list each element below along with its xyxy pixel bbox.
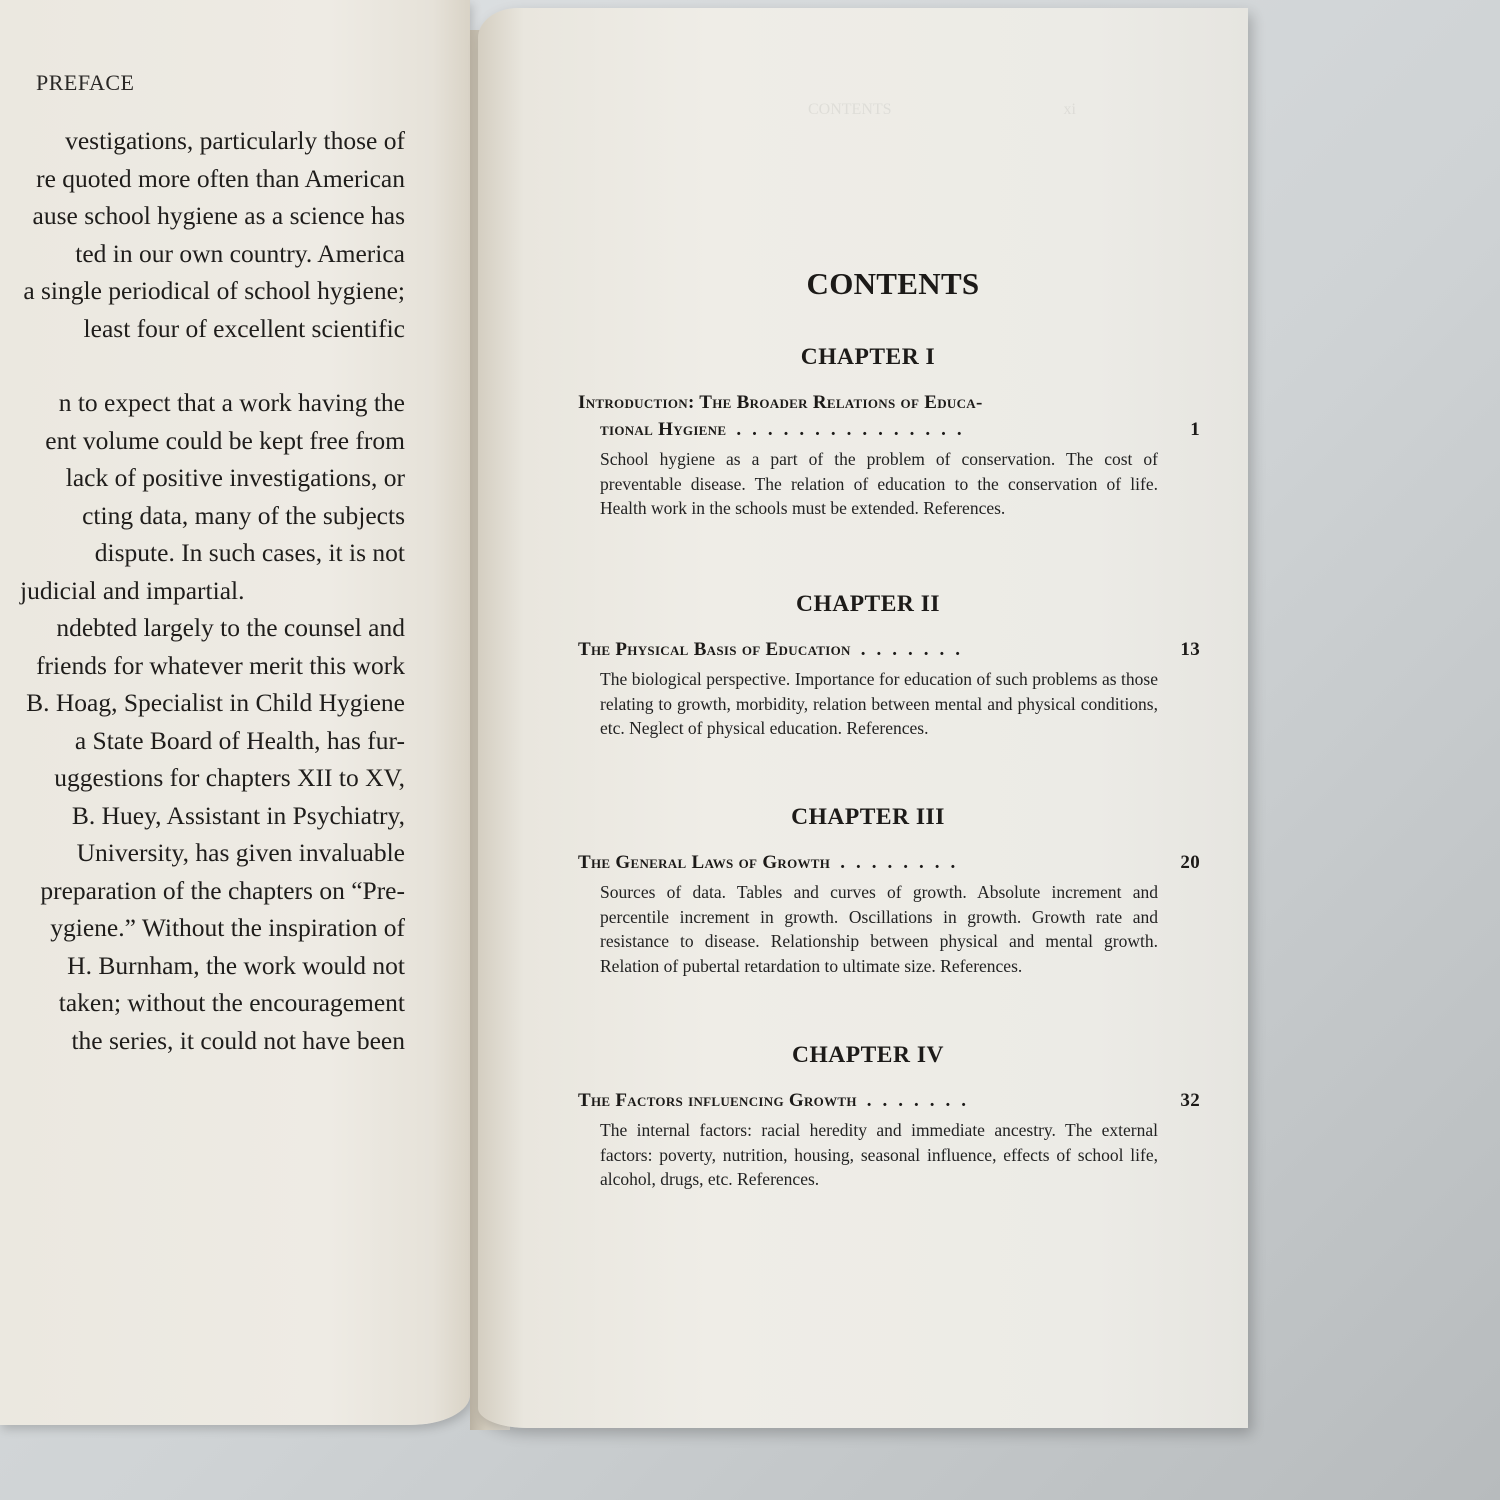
chapter-heading: CHAPTER III [578,804,1158,831]
chapter-summary: The biological perspective. Importance f… [578,667,1158,741]
chapter-summary: The internal factors: racial heredity an… [578,1118,1158,1192]
page-number: 13 [1180,636,1200,663]
show-through-text: CONTENTS xi [808,98,1076,122]
preface-line: uggestions for chapters XII to XV, [0,759,405,797]
contents-title: CONTENTS [478,266,1248,302]
dot-leader: ........ [830,852,966,873]
preface-line: taken; without the encouragement [0,984,405,1022]
preface-line: B. Huey, Assistant in Psychiatry, [0,797,405,835]
chapter-heading: CHAPTER II [578,591,1158,618]
preface-line: a State Board of Health, has fur- [0,722,405,760]
chapter-heading: CHAPTER IV [578,1042,1158,1069]
preface-line: re quoted more often than American [0,160,405,198]
dot-leader: ....... [857,1090,977,1111]
page-number: 1 [1190,416,1200,443]
preface-line: n to expect that a work having the [0,384,405,422]
page-number: 20 [1180,849,1200,876]
entry-title: The Factors influencing Growth [578,1090,857,1111]
left-page-preface: PREFACE vestigations, particularly those… [0,0,470,1425]
preface-line: a single periodical of school hygiene; [0,272,405,310]
preface-line: ted in our own country. America [0,235,405,273]
book-photo: PREFACE vestigations, particularly those… [0,0,1500,1500]
chapter-heading: CHAPTER I [578,344,1158,371]
preface-line: the series, it could not have been [0,1022,405,1060]
preface-line: ause school hygiene as a science has [0,197,405,235]
entry-title: Introduction: The Broader Relations of E… [578,392,983,413]
page-number: 32 [1180,1087,1200,1114]
right-page-contents: CONTENTS xi CONTENTS CHAPTER I Introduct… [478,8,1248,1428]
entry-title-continued: tional Hygiene............... [578,416,1158,443]
preface-line: ent volume could be kept free from [0,422,405,460]
preface-line: dispute. In such cases, it is not [0,534,405,572]
preface-line: friends for whatever merit this work [0,647,405,685]
chapter-summary: School hygiene as a part of the problem … [578,447,1158,521]
preface-line: ygiene.” Without the inspiration of [0,909,405,947]
toc-chapter-4: CHAPTER IV The Factors influencing Growt… [578,1042,1158,1192]
preface-line: B. Hoag, Specialist in Child Hygiene [0,684,405,722]
toc-chapter-3: CHAPTER III The General Laws of Growth..… [578,804,1158,978]
preface-line: preparation of the chapters on “Pre- [0,872,405,910]
preface-line: judicial and impartial. [0,572,405,610]
preface-body: vestigations, particularly those of re q… [0,122,405,1059]
toc-chapter-1: CHAPTER I Introduction: The Broader Rela… [578,344,1158,521]
chapter-summary: Sources of data. Tables and curves of gr… [578,880,1158,978]
toc-entry[interactable]: The General Laws of Growth........ 20 [578,849,1158,876]
preface-line: H. Burnham, the work would not [0,947,405,985]
preface-line: ndebted largely to the counsel and [0,609,405,647]
dot-leader: ............... [726,419,972,440]
entry-title: The General Laws of Growth [578,852,830,873]
toc-entry[interactable]: The Factors influencing Growth....... 32 [578,1087,1158,1114]
preface-line: least four of excellent scientific [0,310,405,348]
toc-chapter-2: CHAPTER II The Physical Basis of Educati… [578,591,1158,741]
toc-entry[interactable]: The Physical Basis of Education....... 1… [578,636,1158,663]
entry-title: The Physical Basis of Education [578,639,851,660]
toc-entry[interactable]: Introduction: The Broader Relations of E… [578,389,1158,443]
preface-line: cting data, many of the subjects [0,497,405,535]
running-head: PREFACE [36,70,134,96]
dot-leader: ....... [851,639,971,660]
preface-line: University, has given invaluable [0,834,405,872]
preface-line: vestigations, particularly those of [0,122,405,160]
paragraph-gap [0,347,405,384]
preface-line: lack of positive investigations, or [0,459,405,497]
